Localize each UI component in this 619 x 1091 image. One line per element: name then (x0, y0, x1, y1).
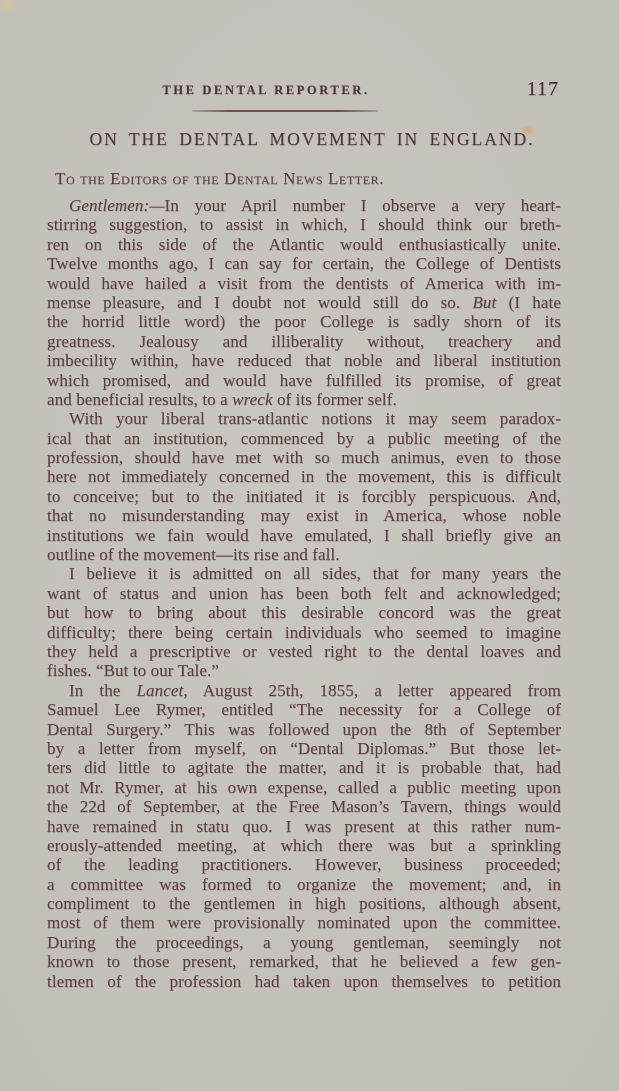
text-line: institutions we fain would have emulated… (47, 526, 561, 545)
paragraph: With your liberal trans-atlantic notions… (47, 409, 561, 564)
text-line: compliment to the gentlemen in high posi… (47, 894, 561, 913)
text-line: a committee was formed to organize the m… (47, 875, 561, 894)
text-line: the 22d of September, at the Free Mason’… (47, 797, 561, 816)
text-line: of the leading practitioners. However, b… (47, 855, 561, 874)
text-line: ical that an institution, commenced by a… (47, 429, 561, 448)
text-line: and beneficial results, to a wreck of it… (47, 390, 561, 409)
text-line: In the Lancet, August 25th, 1855, a lett… (47, 681, 561, 700)
header-rule (192, 110, 378, 112)
text-line: which promised, and would have fulfilled… (47, 371, 561, 390)
text-line: here not immediately concerned in the mo… (47, 467, 561, 486)
text-line: Dental Surgery.” This was followed upon … (47, 720, 561, 739)
salutation-line: To the Editors of the Dental News Letter… (55, 169, 561, 189)
text-line: stirring suggestion, to assist in which,… (47, 215, 561, 234)
page-content: THE DENTAL REPORTER. 117 ON THE DENTAL M… (47, 78, 561, 991)
corner-stain (0, 0, 22, 17)
text-line: ters did little to agitate the matter, a… (47, 758, 561, 777)
text-line: ren on this side of the Atlantic would e… (47, 235, 561, 254)
text-line: outline of the movement—its rise and fal… (47, 545, 561, 564)
text-line: the horrid little word) the poor College… (47, 312, 561, 331)
text-line: mense pleasure, and I doubt not would st… (47, 293, 561, 312)
text-line: that no misunderstanding may exist in Am… (47, 506, 561, 525)
text-line: Samuel Lee Rymer, entitled “The necessit… (47, 700, 561, 719)
running-head: THE DENTAL REPORTER. 117 (47, 78, 561, 100)
text-line: erously-attended meeting, at which there… (47, 836, 561, 855)
text-line: profession, should have met with so much… (47, 448, 561, 467)
text-line: they held a prescriptive or vested right… (47, 642, 561, 661)
article-title: ON THE DENTAL MOVEMENT IN ENGLAND. (55, 129, 569, 150)
text-line: Twelve months ago, I can say for certain… (47, 254, 561, 273)
text-line: Gentlemen:—In your April number I observ… (47, 196, 561, 215)
text-line: have remained in statu quo. I was presen… (47, 817, 561, 836)
article-body: Gentlemen:—In your April number I observ… (47, 196, 561, 991)
scanned-page: THE DENTAL REPORTER. 117 ON THE DENTAL M… (0, 0, 619, 1091)
text-line: by a letter from myself, on “Dental Dipl… (47, 739, 561, 758)
page-number: 117 (527, 78, 559, 101)
text-line: known to those present, remarked, that h… (47, 952, 561, 971)
journal-title: THE DENTAL REPORTER. (9, 78, 523, 98)
text-line: most of them were provisionally nominate… (47, 913, 561, 932)
paragraph: Gentlemen:—In your April number I observ… (47, 196, 561, 409)
text-line: tlemen of the profession had taken upon … (47, 972, 561, 991)
text-line: imbecility within, have reduced that nob… (47, 351, 561, 370)
text-line: With your liberal trans-atlantic notions… (47, 409, 561, 428)
text-line: I believe it is admitted on all sides, t… (47, 564, 561, 583)
text-line: greatness. Jealousy and illiberality wit… (47, 332, 561, 351)
text-line: to conceive; but to the initiated it is … (47, 487, 561, 506)
text-line: not Mr. Rymer, at his own expense, calle… (47, 778, 561, 797)
text-line: would have hailed a visit from the denti… (47, 274, 561, 293)
text-line: fishes. “But to our Tale.” (47, 661, 561, 680)
text-line: want of status and union has been both f… (47, 584, 561, 603)
text-line: but how to bring about this desirable co… (47, 603, 561, 622)
text-line: During the proceedings, a young gentlema… (47, 933, 561, 952)
text-line: difficulty; there being certain individu… (47, 623, 561, 642)
paragraph: I believe it is admitted on all sides, t… (47, 564, 561, 680)
paragraph: In the Lancet, August 25th, 1855, a lett… (47, 681, 561, 991)
